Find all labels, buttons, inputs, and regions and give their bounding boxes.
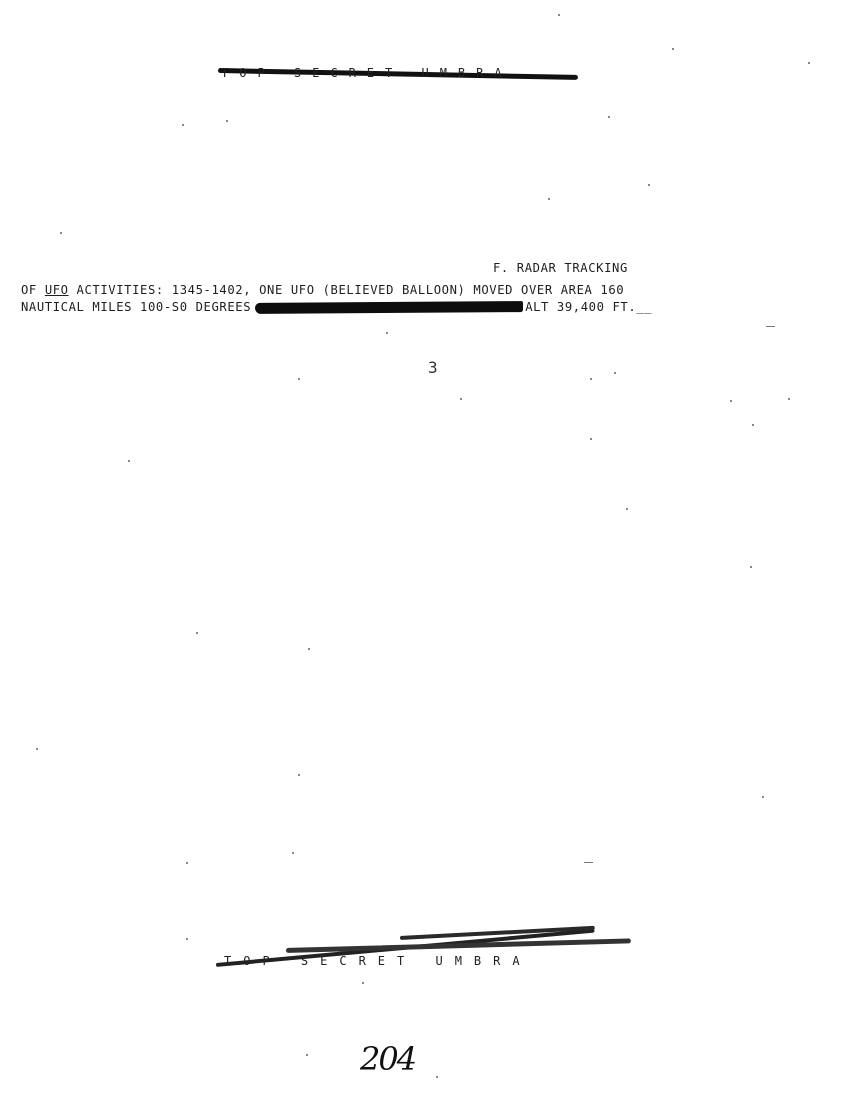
stray-mark: 3 bbox=[428, 358, 438, 377]
scan-mark bbox=[584, 862, 593, 863]
scan-speck bbox=[386, 332, 388, 334]
body-line-2: NAUTICAL MILES 100-S0 DEGREESALT 39,400 … bbox=[21, 300, 652, 314]
scan-speck bbox=[608, 116, 610, 118]
scan-speck bbox=[750, 566, 752, 568]
scan-speck bbox=[226, 120, 228, 122]
scan-speck bbox=[362, 982, 364, 984]
scan-speck bbox=[298, 774, 300, 776]
scan-speck bbox=[648, 184, 650, 186]
scan-speck bbox=[186, 862, 188, 864]
scan-speck bbox=[196, 632, 198, 634]
scan-speck bbox=[548, 198, 550, 200]
scan-speck bbox=[762, 796, 764, 798]
scan-speck bbox=[752, 424, 754, 426]
scan-mark bbox=[766, 326, 775, 327]
scan-speck bbox=[306, 1054, 308, 1056]
underlined-text: UFO bbox=[45, 283, 69, 297]
scan-speck bbox=[292, 852, 294, 854]
scan-speck bbox=[308, 648, 310, 650]
body-text: ALT 39,400 FT.__ bbox=[525, 300, 652, 314]
page-number: 204 bbox=[360, 1040, 415, 1078]
scan-speck bbox=[60, 232, 62, 234]
scan-speck bbox=[788, 398, 790, 400]
body-text: OF bbox=[21, 283, 45, 297]
scan-speck bbox=[436, 1076, 438, 1078]
scan-speck bbox=[730, 400, 732, 402]
body-line-1: OF UFO ACTIVITIES: 1345-1402, ONE UFO (B… bbox=[21, 283, 624, 297]
scan-speck bbox=[36, 748, 38, 750]
scan-speck bbox=[808, 62, 810, 64]
scan-speck bbox=[298, 378, 300, 380]
body-text: ACTIVITIES: 1345-1402, ONE UFO (BELIEVED… bbox=[69, 283, 625, 297]
scan-speck bbox=[128, 460, 130, 462]
document-page: TOP SECRET UMBRA F. RADAR TRACKING OF UF… bbox=[0, 0, 850, 1097]
scan-speck bbox=[590, 438, 592, 440]
scan-speck bbox=[672, 48, 674, 50]
classification-footer: TOP SECRET UMBRA bbox=[224, 954, 532, 968]
scan-speck bbox=[614, 372, 616, 374]
scan-speck bbox=[460, 398, 462, 400]
redaction-bar bbox=[255, 301, 523, 314]
scan-speck bbox=[186, 938, 188, 940]
scan-speck bbox=[626, 508, 628, 510]
section-heading: F. RADAR TRACKING bbox=[493, 261, 628, 275]
scan-speck bbox=[558, 14, 560, 16]
scan-speck bbox=[182, 124, 184, 126]
classification-header: TOP SECRET UMBRA bbox=[221, 66, 513, 80]
body-text: NAUTICAL MILES 100-S0 DEGREES bbox=[21, 300, 251, 314]
scan-speck bbox=[590, 378, 592, 380]
